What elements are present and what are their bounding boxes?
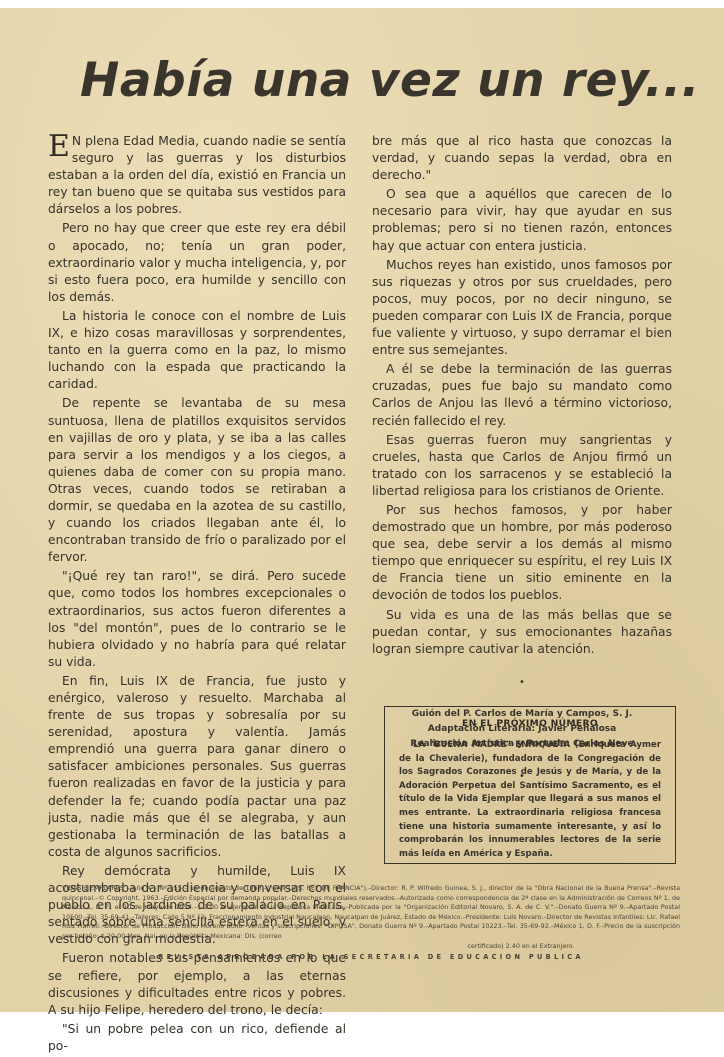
publication-imprint: VIDAS EJEMPLARES – Año X – Nº 155 – 15 d… [62,884,680,951]
next-issue-box: EN EL PRÓXIMO NÚMERO LA "BUENA MADRE" EN… [384,706,676,864]
next-issue-heading: EN EL PRÓXIMO NÚMERO [399,718,661,729]
imprint-last-line: certificado) 2.40 en el Extranjero. [62,942,680,952]
paragraph: O sea que a aquéllos que carecen de lo n… [372,186,672,254]
paragraph: Pero no hay que creer que este rey era d… [48,220,346,305]
imprint-text: VIDAS EJEMPLARES – Año X – Nº 155 – 15 d… [62,884,680,942]
paragraph: Por sus hechos famosos, y por haber demo… [372,502,672,605]
next-issue-text: LA "BUENA MADRE" ENRIQUETA (Enriqueta Ay… [399,739,661,861]
approval-notice: REVISTA APROBADA POR LA SECRETARIA DE ED… [62,953,680,961]
paragraph: Su vida es una de las más bellas que se … [372,607,672,658]
paragraph: En fin, Luis IX de Francia, fue justo y … [48,673,346,861]
paragraph: A él se debe la terminación de las guerr… [372,361,672,429]
magazine-page: Había una vez un rey... EN plena Edad Me… [0,8,724,1012]
paragraph: EN plena Edad Media, cuando nadie se sen… [48,133,346,218]
paragraph: bre más que al rico hasta que conozcas l… [372,133,672,184]
paragraph-text: N plena Edad Media, cuando nadie se sent… [48,134,346,216]
paragraph: La historia le conoce con el nombre de L… [48,308,346,393]
paragraph: De repente se levantaba de su mesa suntu… [48,395,346,566]
paragraph: Esas guerras fueron muy sangrientas y cr… [372,432,672,500]
paragraph: "¡Qué rey tan raro!", se dirá. Pero suce… [48,568,346,671]
article-title: Había una vez un rey... [80,53,660,108]
right-column: bre más que al rico hasta que conozcas l… [372,133,672,801]
paragraph: Muchos reyes han existido, unos famosos … [372,257,672,360]
drop-cap: E [48,135,70,159]
separator-bullet-icon: • [372,674,672,691]
